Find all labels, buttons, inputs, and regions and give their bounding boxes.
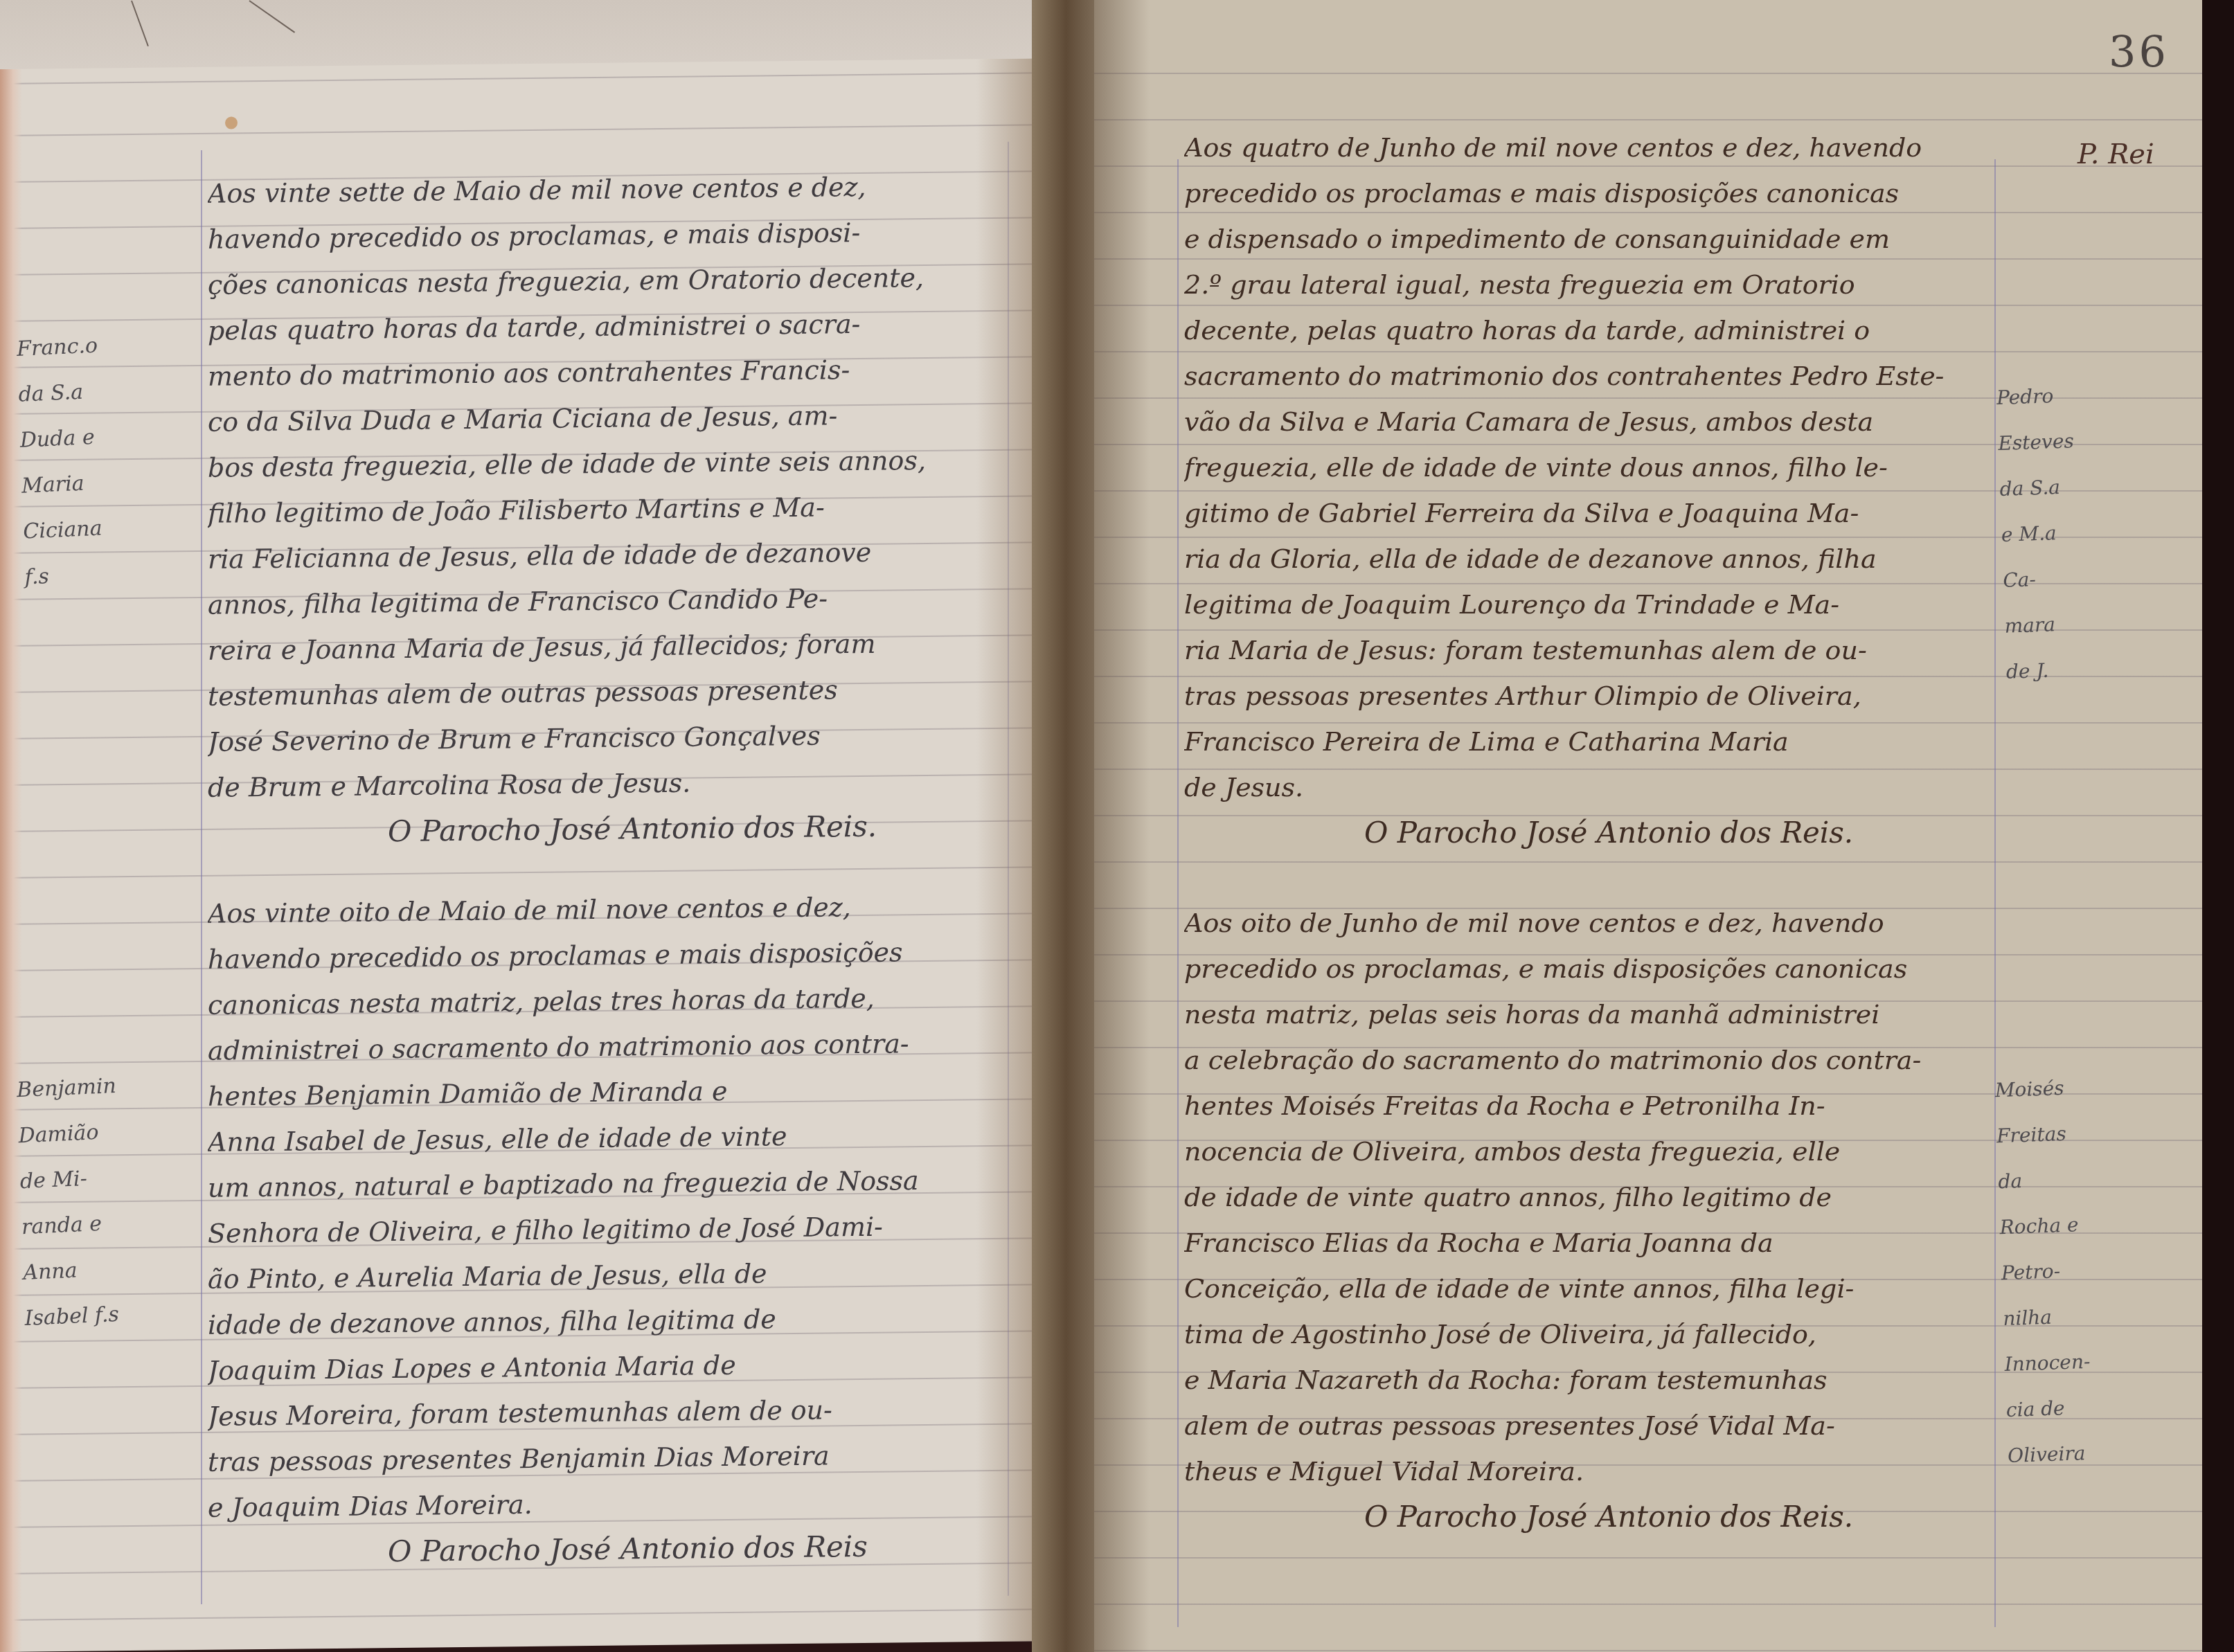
entry-line: Joaquim Dias Lopes e Antonia Maria de xyxy=(208,1340,1011,1394)
entry-line: bos desta freguezia, elle de idade de vi… xyxy=(208,437,1011,491)
page-number: 36 xyxy=(2109,26,2169,77)
entry-line: nocencia de Oliveira, ambos desta fregue… xyxy=(1184,1129,1994,1174)
entry-line: ria Felicianna de Jesus, ella de idade d… xyxy=(208,528,1011,582)
entry-line: e Maria Nazareth da Rocha: foram testemu… xyxy=(1184,1357,1994,1403)
entry-line: Conceição, ella de idade de vinte annos,… xyxy=(1184,1266,1994,1311)
entry-line: nesta matriz, pelas seis horas da manhã … xyxy=(1184,991,1994,1037)
entry-line: ria Maria de Jesus: foram testemunhas al… xyxy=(1184,627,1994,673)
entry-line: tima de Agostinho José de Oliveira, já f… xyxy=(1184,1311,1994,1357)
entry-line: de Jesus. xyxy=(1184,764,1994,810)
entry-line: hentes Benjamin Damião de Miranda e xyxy=(208,1066,1011,1120)
entry-line: freguezia, elle de idade de vinte dous a… xyxy=(1184,445,1994,490)
entry-line: sacramento do matrimonio dos contrahente… xyxy=(1184,353,1994,399)
entry-line: de idade de vinte quatro annos, filho le… xyxy=(1184,1174,1994,1220)
dark-background-edge xyxy=(2202,0,2234,1652)
entry-line: José Severino de Brum e Francisco Gonçal… xyxy=(208,711,1011,765)
entry-line: Aos vinte sette de Maio de mil nove cent… xyxy=(208,163,1011,217)
register-entry: Aos vinte oito de Maio de mil nove cento… xyxy=(208,883,1011,1577)
entry-line: pelas quatro horas da tarde, administrei… xyxy=(208,300,1011,354)
corner-initials: P. Rei xyxy=(2077,138,2154,170)
margin-note: Moisés Freitas da Rocha e Petro- nilha I… xyxy=(1994,1065,2094,1479)
entry-line: Aos vinte oito de Maio de mil nove cento… xyxy=(208,883,1011,937)
entry-line: havendo precedido os proclamas e mais di… xyxy=(208,928,1011,982)
entry-line: Senhora de Oliveira, e filho legitimo de… xyxy=(208,1203,1011,1257)
entry-line: testemunhas alem de outras pessoas prese… xyxy=(208,665,1011,719)
entry-line: filho legitimo de João Filisberto Martin… xyxy=(208,483,1011,537)
entry-line: ções canonicas nesta freguezia, em Orato… xyxy=(208,254,1011,308)
entry-line: e Joaquim Dias Moreira. xyxy=(208,1477,1011,1531)
margin-note: Franc.o da S.a Duda e Maria Ciciana f.s xyxy=(16,323,107,601)
entry-line: administrei o sacramento do matrimonio a… xyxy=(208,1020,1011,1074)
fold-crease xyxy=(131,1,149,46)
entry-line: gitimo de Gabriel Ferreira da Silva e Jo… xyxy=(1184,490,1994,536)
entry-line: Aos oito de Junho de mil nove centos e d… xyxy=(1184,900,1994,946)
entry-line: tras pessoas presentes Arthur Olimpio de… xyxy=(1184,673,1994,719)
entry-line: precedido os proclamas e mais disposiçõe… xyxy=(1184,170,1994,216)
entry-line: e dispensado o impedimento de consanguin… xyxy=(1184,216,1994,262)
entry-line: legitima de Joaquim Lourenço da Trindade… xyxy=(1184,582,1994,627)
entry-line: tras pessoas presentes Benjamin Dias Mor… xyxy=(208,1431,1011,1485)
fold-crease xyxy=(249,0,295,33)
entry-line: Anna Isabel de Jesus, elle de idade de v… xyxy=(208,1111,1011,1165)
entry-line: havendo precedido os proclamas, e mais d… xyxy=(208,208,1011,262)
margin-rule xyxy=(201,150,202,1604)
entry-line: annos, filha legitima de Francisco Candi… xyxy=(208,574,1011,628)
entry-line: canonicas nesta matriz, pelas tres horas… xyxy=(208,974,1011,1028)
entry-line: precedido os proclamas, e mais disposiçõ… xyxy=(1184,946,1994,991)
register-entry: Aos quatro de Junho de mil nove centos e… xyxy=(1184,125,1994,856)
priest-signature: O Parocho José Antonio dos Reis. xyxy=(208,802,1011,856)
entry-line: idade de dezanove annos, filha legitima … xyxy=(208,1294,1011,1348)
margin-note: Benjamin Damião de Mi- randa e Anna Isab… xyxy=(16,1063,125,1342)
entry-line: ão Pinto, e Aurelia Maria de Jesus, ella… xyxy=(208,1248,1011,1302)
ink-stain xyxy=(225,116,238,129)
entry-line: um annos, natural e baptizado na freguez… xyxy=(208,1157,1011,1211)
margin-rule xyxy=(1177,159,1179,1627)
entry-line: decente, pelas quatro horas da tarde, ad… xyxy=(1184,307,1994,353)
register-entry: Aos vinte sette de Maio de mil nove cent… xyxy=(208,163,1011,856)
right-page: Aos quatro de Junho de mil nove centos e… xyxy=(1094,0,2202,1652)
register-entry: Aos oito de Junho de mil nove centos e d… xyxy=(1184,900,1994,1540)
entry-line: Francisco Elias da Rocha e Maria Joanna … xyxy=(1184,1220,1994,1266)
priest-signature: O Parocho José Antonio dos Reis. xyxy=(1184,1494,1994,1540)
entry-line: ria da Gloria, ella de idade de dezanove… xyxy=(1184,536,1994,582)
left-page: Franc.o da S.a Duda e Maria Ciciana f.s … xyxy=(0,58,1039,1652)
entry-line: reira e Joanna Maria de Jesus, já fallec… xyxy=(208,620,1011,674)
priest-signature: O Parocho José Antonio dos Reis xyxy=(208,1523,1011,1577)
entry-line: vão da Silva e Maria Camara de Jesus, am… xyxy=(1184,399,1994,445)
entry-line: a celebração do sacramento do matrimonio… xyxy=(1184,1037,1994,1083)
ledger-photo: Franc.o da S.a Duda e Maria Ciciana f.s … xyxy=(0,0,2234,1652)
entry-line: Francisco Pereira de Lima e Catharina Ma… xyxy=(1184,719,1994,764)
entry-line: mento do matrimonio aos contrahentes Fra… xyxy=(208,345,1011,399)
entry-line: Jesus Moreira, foram testemunhas alem de… xyxy=(208,1385,1011,1439)
entry-line: hentes Moisés Freitas da Rocha e Petroni… xyxy=(1184,1083,1994,1129)
priest-signature: O Parocho José Antonio dos Reis. xyxy=(1184,810,1994,856)
entry-line: de Brum e Marcolina Rosa de Jesus. xyxy=(208,757,1011,811)
entry-line: 2.º grau lateral igual, nesta freguezia … xyxy=(1184,262,1994,307)
margin-note: Pedro Esteves da S.a e M.a Ca- mara de J… xyxy=(1996,372,2082,695)
entry-line: Aos quatro de Junho de mil nove centos e… xyxy=(1184,125,1994,170)
right-rule xyxy=(1008,142,1009,1596)
entry-line: alem de outras pessoas presentes José Vi… xyxy=(1184,1403,1994,1448)
entry-line: theus e Miguel Vidal Moreira. xyxy=(1184,1448,1994,1494)
entry-line: co da Silva Duda e Maria Ciciana de Jesu… xyxy=(208,391,1011,445)
